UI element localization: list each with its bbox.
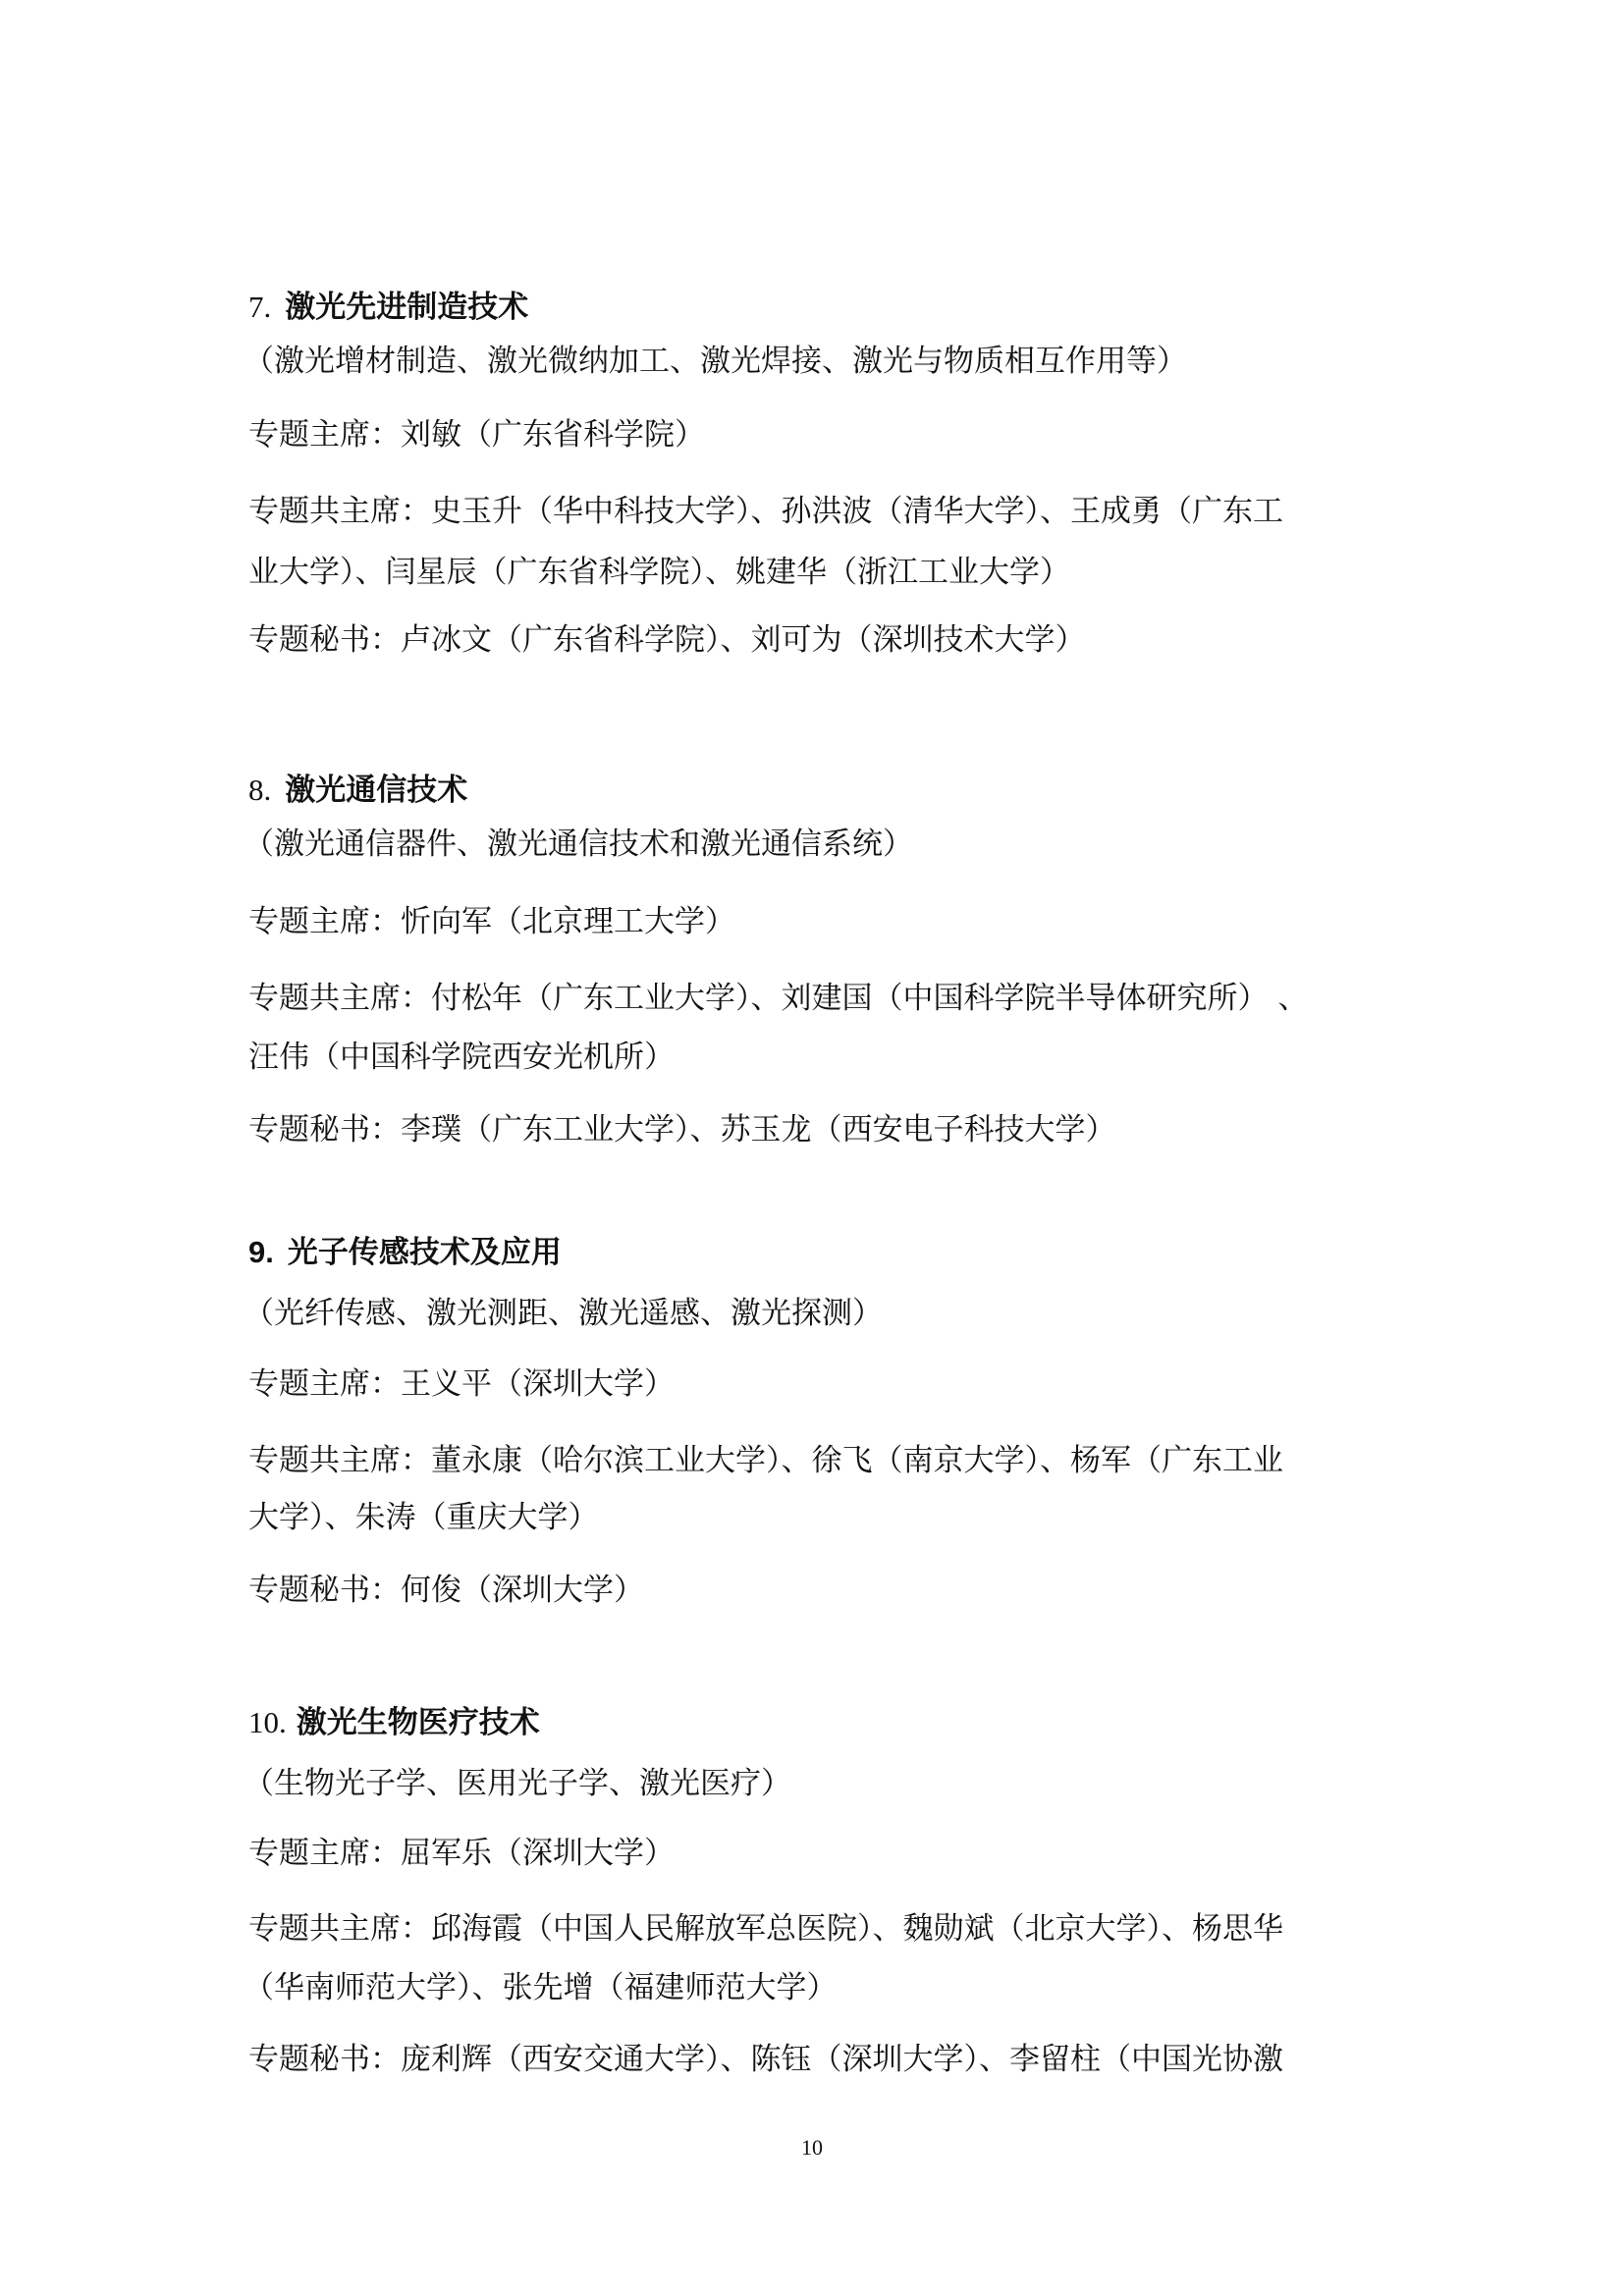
section-7-co-chairs-line-1: 专题共主席：史玉升（华中科技大学）、孙洪波（清华大学）、王成勇（广东工	[248, 492, 1283, 531]
section-number: 10.	[248, 1705, 287, 1739]
section-number: 7.	[248, 290, 271, 324]
section-7-co-chairs-line-2: 业大学）、闫星辰（广东省科学院）、姚建华（浙江工业大学）	[248, 553, 1070, 592]
section-8-secretaries: 专题秘书：李璞（广东工业大学）、苏玉龙（西安电子科技大学）	[248, 1110, 1116, 1149]
section-10-co-chairs-line-1: 专题共主席：邱海霞（中国人民解放军总医院）、魏勋斌（北京大学）、杨思华	[248, 1909, 1283, 1949]
section-10-chair: 专题主席：屈军乐（深圳大学）	[248, 1834, 675, 1873]
section-8-chair: 专题主席：忻向军（北京理工大学）	[248, 902, 735, 941]
section-number: 9.	[248, 1235, 274, 1269]
section-8-co-chairs-line-2: 汪伟（中国科学院西安光机所）	[248, 1038, 675, 1077]
section-title: 激光通信技术	[285, 773, 467, 808]
section-10-co-chairs-line-2: （华南师范大学）、张先增（福建师范大学）	[244, 1968, 838, 2007]
section-7-heading: 7.激光先进制造技术	[248, 288, 528, 327]
section-10-subtitle: （生物光子学、医用光子学、激光医疗）	[244, 1764, 791, 1803]
section-9-co-chairs-line-1: 专题共主席：董永康（哈尔滨工业大学）、徐飞（南京大学）、杨军（广东工业	[248, 1441, 1283, 1480]
section-7-chair: 专题主席：刘敏（广东省科学院）	[248, 415, 705, 454]
section-9-co-chairs-line-2: 大学）、朱涛（重庆大学）	[248, 1498, 599, 1537]
document-page: 7.激光先进制造技术 （激光增材制造、激光微纳加工、激光焊接、激光与物质相互作用…	[0, 0, 1624, 2296]
page-number: 10	[0, 2135, 1624, 2161]
section-title: 光子传感技术及应用	[288, 1235, 562, 1270]
section-9-subtitle: （光纤传感、激光测距、激光遥感、激光探测）	[244, 1294, 883, 1333]
section-10-secretaries: 专题秘书：庞利辉（西安交通大学）、陈钰（深圳大学）、李留柱（中国光协激	[248, 2040, 1283, 2079]
section-7-subtitle: （激光增材制造、激光微纳加工、激光焊接、激光与物质相互作用等）	[244, 342, 1187, 381]
section-9-chair: 专题主席：王义平（深圳大学）	[248, 1364, 675, 1404]
section-number: 8.	[248, 773, 271, 807]
section-10-heading: 10.激光生物医疗技术	[248, 1703, 540, 1742]
section-8-subtitle: （激光通信器件、激光通信技术和激光通信系统）	[244, 825, 913, 864]
section-8-co-chairs-line-1: 专题共主席：付松年（广东工业大学）、刘建国（中国科学院半导体研究所） 、	[248, 979, 1308, 1018]
section-title: 激光生物医疗技术	[297, 1705, 540, 1740]
section-9-heading: 9.光子传感技术及应用	[248, 1233, 562, 1272]
section-8-heading: 8.激光通信技术	[248, 771, 467, 810]
section-7-secretaries: 专题秘书：卢冰文（广东省科学院）、刘可为（深圳技术大学）	[248, 620, 1086, 660]
section-9-secretaries: 专题秘书：何俊（深圳大学）	[248, 1571, 644, 1610]
section-title: 激光先进制造技术	[285, 290, 528, 325]
